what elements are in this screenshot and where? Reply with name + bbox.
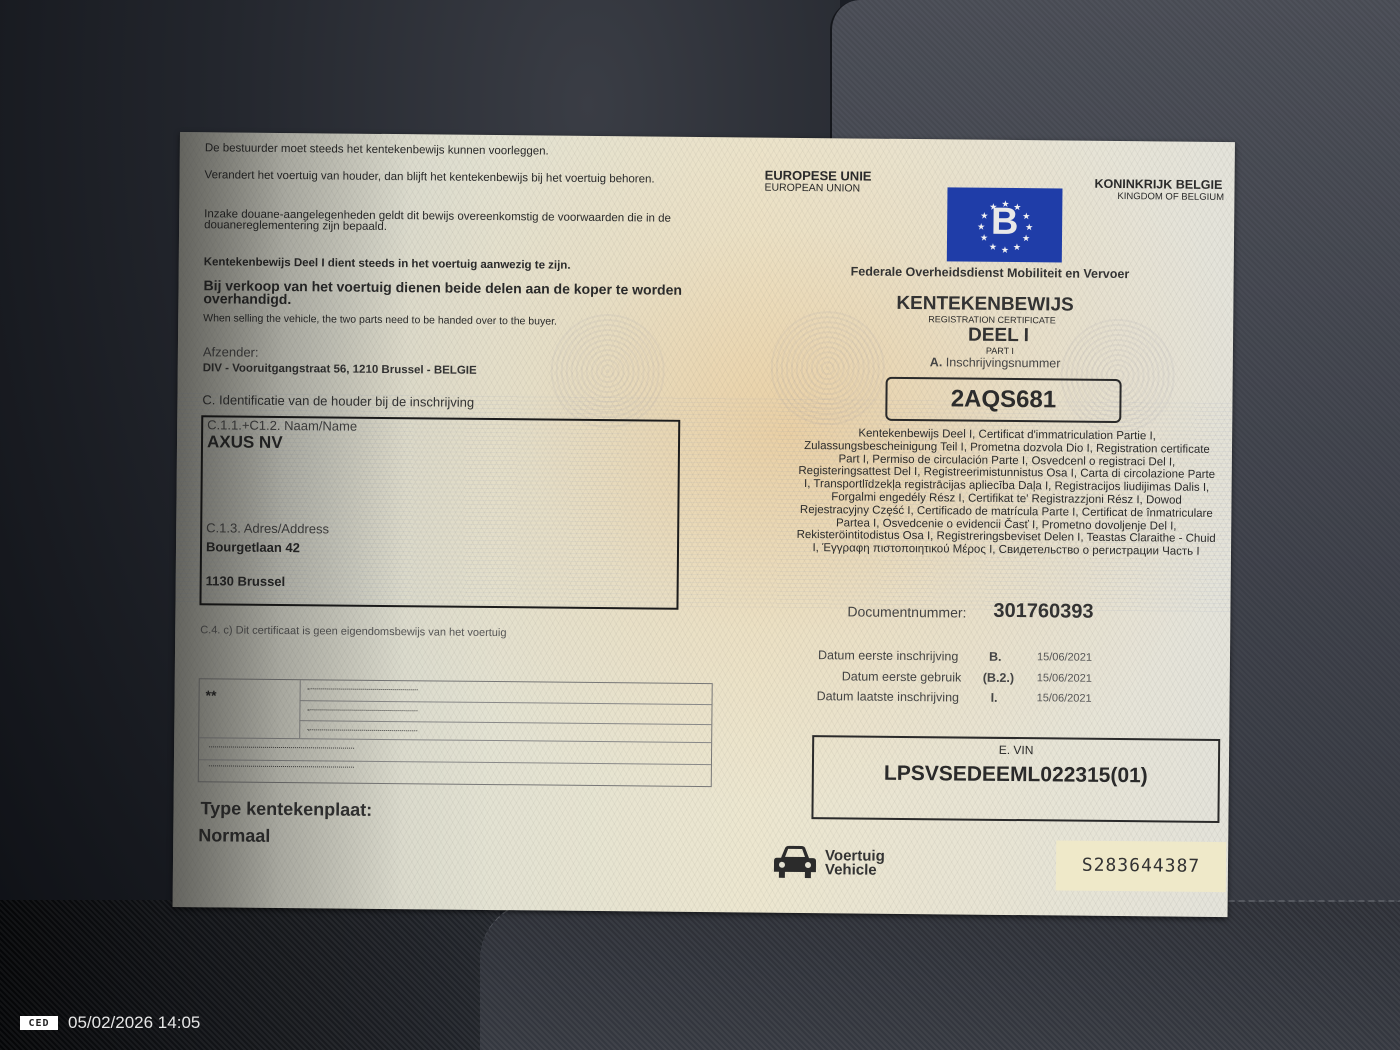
holder-name-label: C.1.1.+C1.2. Naam/Name [207,417,357,433]
date-code: I. [991,691,998,705]
document-part: DEEL I [968,325,1029,348]
vin-value: LPSVSEDEEML022315(01) [814,761,1218,789]
car-seat-cushion [480,900,1400,1050]
registration-certificate: De bestuurder moet steeds het kentekenbe… [173,132,1235,917]
vin-box: E. VIN LPSVSEDEEML022315(01) [811,735,1220,823]
document-number: 301760393 [993,600,1093,624]
serial-sticker: S283644387 [1056,840,1226,892]
holder-box: C.1.1.+C1.2. Naam/Name AXUS NV C.1.3. Ad… [199,415,680,610]
sender-value: DIV - Vooruitgangstraat 56, 1210 Brussel… [203,362,477,377]
notice-4: Kentekenbewijs Deel I dient steeds in he… [204,256,571,272]
car-icon [773,844,817,880]
vehicle-label: Voertuig Vehicle [825,849,885,878]
plate-type-value: Normaal [198,825,270,847]
notice-3: Inzake douane-aangelegenheden geldt dit … [204,209,714,236]
security-rosette [767,308,888,429]
kingdom-label-en: KINGDOM OF BELGIUM [1117,191,1224,203]
date-code: B. [989,650,1002,664]
registration-number-label: A. Inschrijvingsnummer [930,355,1061,370]
vin-label: E. VIN [814,741,1218,759]
plate-type-label: Type kentekenplaat: [200,798,372,821]
notice-1: De bestuurder moet steeds het kentekenbe… [205,142,549,157]
holder-address-label: C.1.3. Adres/Address [206,520,329,536]
date-label: Datum eerste gebruik [842,669,962,684]
table-marker: ** [206,687,217,703]
camera-logo-icon: CED [20,1016,58,1030]
sale-notice-en: When selling the vehicle, the two parts … [203,312,557,327]
document-title-en: REGISTRATION CERTIFICATE [928,314,1056,325]
agency-name: Federale Overheidsdienst Mobiliteit en V… [851,264,1130,281]
holder-city: 1130 Brussel [206,573,286,589]
date-value: 15/06/2021 [1037,651,1092,664]
document-number-label: Documentnummer: [847,603,966,620]
kingdom-label-nl: KONINKRIJK BELGIE [1094,177,1222,192]
eu-label-en: EUROPEAN UNION [764,182,860,195]
eu-belgium-flag-icon: B ★ ★ ★ ★ ★ ★ ★ ★ ★ ★ ★ ★ [947,187,1063,262]
registration-number: 2AQS681 [885,377,1121,423]
date-code: (B.2.) [983,671,1014,685]
notice-2: Verandert het voertuig van houder, dan b… [205,170,675,186]
sale-notice-nl: Bij verkoop van het voertuig dienen beid… [203,279,683,310]
date-value: 15/06/2021 [1037,692,1092,705]
holder-section-label: C. Identificatie van de houder bij de in… [202,392,474,410]
document-part-en: PART I [986,346,1014,356]
multilingual-title-list: Kentekenbewijs Deel I, Certificat d'imma… [796,427,1217,559]
date-value: 15/06/2021 [1037,672,1092,685]
ownership-note: C.4. c) Dit certificaat is geen eigendom… [200,624,506,639]
holder-name: AXUS NV [207,432,283,453]
annotation-table: ** [198,678,713,787]
photo-timestamp: CED 05/02/2026 14:05 [20,1013,200,1033]
document-title: KENTEKENBEWIJS [896,293,1074,317]
sender-label: Afzender: [203,344,259,360]
security-rosette [547,311,668,432]
date-label: Datum eerste inschrijving [818,648,958,663]
holder-street: Bourgetlaan 42 [206,539,300,555]
photo-datetime: 05/02/2026 14:05 [68,1013,200,1033]
date-label: Datum laatste inschrijving [817,689,960,704]
